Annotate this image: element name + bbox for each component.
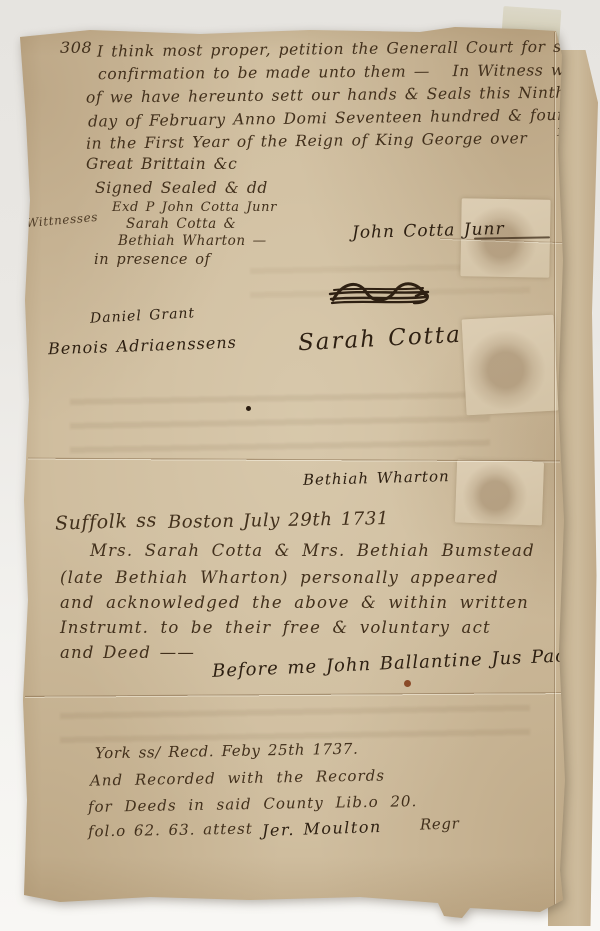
ink-spot xyxy=(246,406,251,411)
body-line-4: day of February Anno Domi Seventeen hund… xyxy=(88,107,600,130)
body-line-2: confirmation to be made unto them — In W… xyxy=(98,63,600,83)
attestation-line-4: in presence of xyxy=(94,253,211,268)
manuscript-sheet: 308 I think most proper, petition the Ge… xyxy=(0,0,600,931)
fold-crease xyxy=(25,692,565,699)
year-alternate-note: 15 xyxy=(556,126,572,138)
paper-surface: 308 I think most proper, petition the Ge… xyxy=(0,0,600,931)
ack-place-date: Boston July 29th 1731 xyxy=(168,510,389,532)
page-number: 308 xyxy=(60,40,92,56)
attestation-line-3: Bethiah Wharton — xyxy=(118,235,267,249)
ack-line-5: and Deed —— xyxy=(60,645,195,662)
recording-line-3: for Deeds in said County Lib.o 20. xyxy=(88,794,418,815)
recorder-title: Regr xyxy=(420,816,460,832)
body-line-3: of we have hereunto sett our hands & Sea… xyxy=(86,85,590,106)
ack-line-3: and acknowledged the above & within writ… xyxy=(60,595,529,612)
attestation-line-1: Exd P John Cotta Junr xyxy=(112,201,277,214)
attestation-line-2: Sarah Cotta & xyxy=(126,218,236,232)
fold-crease-vertical xyxy=(554,32,557,908)
scanned-document-page: 308 I think most proper, petition the Ge… xyxy=(0,0,600,931)
ack-county: Suffolk ss xyxy=(55,511,157,534)
body-line-6: Great Brittain &c xyxy=(86,157,237,173)
recording-line-4: fol.o 62. 63. attest xyxy=(88,822,253,840)
seal-patch xyxy=(455,460,544,526)
signature-jer-moulton: Jer. Moulton xyxy=(262,819,382,839)
ack-line-2: (late Bethiah Wharton) personally appear… xyxy=(60,570,499,587)
recording-line-1: York ss/ Recd. Feby 25th 1737. xyxy=(95,742,359,762)
ink-bleedthrough-area xyxy=(70,386,490,461)
ack-officer-signature: Before me John Ballantine Jus Pac. xyxy=(212,647,574,681)
body-line-5: in the First Year of the Reign of King G… xyxy=(86,131,528,152)
body-line-1: I think most proper, petition the Genera… xyxy=(97,39,592,60)
ack-line-4: Instrumt. to be their free & voluntary a… xyxy=(60,620,491,637)
crossed-out-signature-scribble xyxy=(328,272,433,314)
ink-spot xyxy=(404,680,411,687)
attestation-heading: Signed Sealed & dd xyxy=(95,181,268,197)
recording-line-2: And Recorded with the Records xyxy=(90,768,385,788)
signature-bethiah-wharton: Bethiah Wharton xyxy=(303,469,450,488)
ack-line-1: Mrs. Sarah Cotta & Mrs. Bethiah Bumstead xyxy=(90,543,535,560)
signature-benois-adriaenssens: Benois Adriaenssens xyxy=(48,335,237,358)
seal-patch xyxy=(462,315,559,416)
signature-daniel-grant: Daniel Grant xyxy=(90,306,196,325)
signature-sarah-cotta: Sarah Cotta xyxy=(298,324,463,356)
margin-note-witnesses: Wittnesses xyxy=(26,211,99,229)
